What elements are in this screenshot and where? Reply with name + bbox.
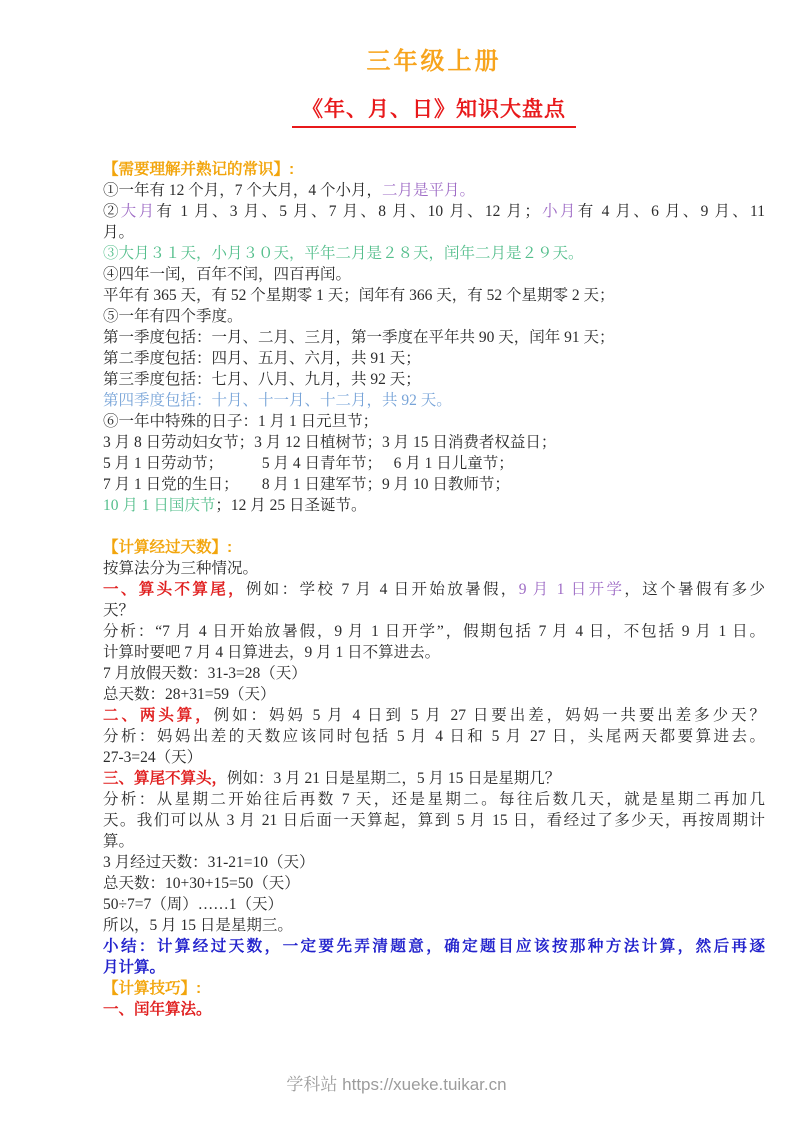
text-line: 第一季度包括：一月、二月、三月，第一季度在平年共 90 天，闰年 91 天； xyxy=(103,327,765,348)
text-segment-gold: 【计算技巧】: xyxy=(103,980,201,997)
text-line: 算。 xyxy=(103,831,765,852)
text-segment: 3 月经过天数：31-21=10（天） xyxy=(103,854,315,871)
text-line: 一、算头不算尾，例如：学校 7 月 4 日开始放暑假，9 月 1 日开学，这个暑… xyxy=(103,579,765,600)
text-line: 分析：从星期二开始往后再数 7 天，还是星期二。每往后数几天，就是星期二再加几 xyxy=(103,789,765,810)
text-line: ③大月３１天，小月３０天，平年二月是２８天，闰年二月是２９天。 xyxy=(103,243,765,264)
text-segment: 天。我们可以从 3 月 21 日后面一天算起，算到 5 月 15 日，看经过了多… xyxy=(103,812,765,829)
text-line: ①一年有 12 个月，7 个大月，4 个小月，二月是平月。 xyxy=(103,180,765,201)
text-line: 按算法分为三种情况。 xyxy=(103,558,765,579)
text-segment: 分析：从星期二开始往后再数 7 天，还是星期二。每往后数几天，就是星期二再加几 xyxy=(103,791,765,808)
text-line: 二、两头算，例如：妈妈 5 月 4 日到 5 月 27 日要出差，妈妈一共要出差… xyxy=(103,705,765,726)
text-segment: 3 月 8 日劳动妇女节；3 月 12 日植树节；3 月 15 日消费者权益日； xyxy=(103,434,556,451)
text-segment-redbold: 三、算尾不算头， xyxy=(103,770,227,787)
text-segment-purple: 9 月 1 日开学 xyxy=(519,581,625,598)
text-line: 所以，5 月 15 日是星期三。 xyxy=(103,915,765,936)
text-segment: 例如：学校 7 月 4 日开始放暑假， xyxy=(246,581,519,598)
page-title: 三年级上册 xyxy=(103,41,765,76)
text-segment: 有 1 月、3 月、5 月、7 月、8 月、10 月、12 月； xyxy=(156,203,539,220)
text-segment: 7 月放假天数：31-3=28（天） xyxy=(103,665,307,682)
text-segment: 例如：妈妈 5 月 4 日到 5 月 27 日要出差，妈妈一共要出差多少天？ xyxy=(214,707,765,724)
text-segment: 27-3=24（天） xyxy=(103,749,202,766)
text-segment: 总天数：10+30+15=50（天） xyxy=(103,875,300,892)
text-segment: 月。 xyxy=(103,224,134,241)
text-line: 50÷7=7（周）……1（天） xyxy=(103,894,765,915)
text-line: 月计算。 xyxy=(103,957,765,978)
text-line: 3 月 8 日劳动妇女节；3 月 12 日植树节；3 月 15 日消费者权益日； xyxy=(103,432,765,453)
text-segment: 7 月 1 日党的生日； 8 月 1 日建军节；9 月 10 日教师节； xyxy=(103,476,510,493)
text-segment: 第二季度包括：四月、五月、六月，共 91 天； xyxy=(103,350,421,367)
blank-line xyxy=(103,516,765,537)
text-segment: 分析：“7 月 4 日开始放暑假，9 月 1 日开学”，假期包括 7 月 4 日… xyxy=(103,623,765,640)
text-line: 7 月放假天数：31-3=28（天） xyxy=(103,663,765,684)
subtitle-bold: 大 xyxy=(500,98,522,121)
text-segment-bluebold: 月计算。 xyxy=(103,959,165,976)
text-segment: ，这个暑假有多少 xyxy=(624,581,765,598)
text-segment-purple: 大月 xyxy=(121,203,157,220)
text-segment-green: 10 月 1 日国庆节 xyxy=(103,497,215,514)
text-segment: 第三季度包括：七月、八月、九月，共 92 天； xyxy=(103,371,421,388)
text-line: 3 月经过天数：31-21=10（天） xyxy=(103,852,765,873)
text-line: 平年有 365 天，有 52 个星期零 1 天；闰年有 366 天，有 52 个… xyxy=(103,285,765,306)
text-line: 【计算经过天数】: xyxy=(103,537,765,558)
text-line: 第四季度包括：十月、十一月、十二月，共 92 天。 xyxy=(103,390,765,411)
text-line: 【需要理解并熟记的常识】: xyxy=(103,159,765,180)
text-segment: 算。 xyxy=(103,833,134,850)
text-segment-bluebold: 小结：计算经过天数，一定要先弄清题意，确定题目应该按那种方法计算，然后再逐 xyxy=(103,938,765,955)
text-line: 计算时要吧 7 月 4 日算进去，9 月 1 日不算进去。 xyxy=(103,642,765,663)
text-line: ⑥一年中特殊的日子：1 月 1 日元旦节； xyxy=(103,411,765,432)
text-segment: 天？ xyxy=(103,602,134,619)
text-segment: 平年有 365 天，有 52 个星期零 1 天；闰年有 366 天，有 52 个… xyxy=(103,287,615,304)
footer-watermark: 学科站 https://xueke.tuikar.cn xyxy=(0,1070,793,1095)
page-subtitle: 《年、月、日》知识大盘点 xyxy=(292,93,576,128)
text-line: 第二季度包括：四月、五月、六月，共 91 天； xyxy=(103,348,765,369)
text-line: 【计算技巧】: xyxy=(103,978,765,999)
text-segment-purple: 小月 xyxy=(540,203,578,220)
text-line: ②大月有 1 月、3 月、5 月、7 月、8 月、10 月、12 月；小月有 4… xyxy=(103,201,765,222)
text-segment: ④四年一闰，百年不闰，四百再闰。 xyxy=(103,266,351,283)
text-line: 分析：“7 月 4 日开始放暑假，9 月 1 日开学”，假期包括 7 月 4 日… xyxy=(103,621,765,642)
text-line: 总天数：28+31=59（天） xyxy=(103,684,765,705)
text-line: ④四年一闰，百年不闰，四百再闰。 xyxy=(103,264,765,285)
text-segment: 有 4 月、6 月、9 月、11 xyxy=(578,203,765,220)
text-segment: ⑤一年有四个季度。 xyxy=(103,308,243,325)
text-segment-blue: 第四季度包括：十月、十一月、十二月，共 92 天。 xyxy=(103,392,452,409)
text-segment: 5 月 1 日劳动节； 5 月 4 日青年节； 6 月 1 日儿童节； xyxy=(103,455,514,472)
document-body: 【需要理解并熟记的常识】:①一年有 12 个月，7 个大月，4 个小月，二月是平… xyxy=(103,159,765,1020)
text-segment: 第一季度包括：一月、二月、三月，第一季度在平年共 90 天，闰年 91 天； xyxy=(103,329,615,346)
text-segment: ；12 月 25 日圣诞节。 xyxy=(215,497,366,514)
subtitle-post: 盘点 xyxy=(522,97,566,121)
text-segment: ② xyxy=(103,203,121,220)
text-segment: ①一年有 12 个月，7 个大月，4 个小月， xyxy=(103,182,382,199)
text-line: 分析：妈妈出差的天数应该同时包括 5 月 4 日和 5 月 27 日，头尾两天都… xyxy=(103,726,765,747)
text-segment: 50÷7=7（周）……1（天） xyxy=(103,896,283,913)
text-segment: 总天数：28+31=59（天） xyxy=(103,686,275,703)
subtitle-pre: 《年、月、日》知识 xyxy=(302,97,500,121)
text-line: 月。 xyxy=(103,222,765,243)
text-segment-purple: 二月是平月。 xyxy=(382,182,475,199)
text-segment-redbold: 二、两头算， xyxy=(103,707,214,724)
text-line: 天？ xyxy=(103,600,765,621)
text-line: 7 月 1 日党的生日； 8 月 1 日建军节；9 月 10 日教师节； xyxy=(103,474,765,495)
text-line: 10 月 1 日国庆节；12 月 25 日圣诞节。 xyxy=(103,495,765,516)
text-segment-gold: 【计算经过天数】: xyxy=(103,539,232,556)
text-segment: 计算时要吧 7 月 4 日算进去，9 月 1 日不算进去。 xyxy=(103,644,440,661)
text-segment: 按算法分为三种情况。 xyxy=(103,560,258,577)
text-line: 小结：计算经过天数，一定要先弄清题意，确定题目应该按那种方法计算，然后再逐 xyxy=(103,936,765,957)
text-segment-redbold: 一、算头不算尾， xyxy=(103,581,246,598)
page-subtitle-row: 《年、月、日》知识大盘点 xyxy=(103,93,765,128)
text-line: ⑤一年有四个季度。 xyxy=(103,306,765,327)
text-line: 一、闰年算法。 xyxy=(103,999,765,1020)
text-line: 天。我们可以从 3 月 21 日后面一天算起，算到 5 月 15 日，看经过了多… xyxy=(103,810,765,831)
text-segment-redbold: 一、闰年算法。 xyxy=(103,1001,212,1018)
text-line: 5 月 1 日劳动节； 5 月 4 日青年节； 6 月 1 日儿童节； xyxy=(103,453,765,474)
text-segment: ⑥一年中特殊的日子：1 月 1 日元旦节； xyxy=(103,413,378,430)
text-segment: 分析：妈妈出差的天数应该同时包括 5 月 4 日和 5 月 27 日，头尾两天都… xyxy=(103,728,765,745)
text-line: 三、算尾不算头，例如：3 月 21 日是星期二，5 月 15 日是星期几？ xyxy=(103,768,765,789)
document-page: 三年级上册 《年、月、日》知识大盘点 【需要理解并熟记的常识】:①一年有 12 … xyxy=(103,0,765,1020)
text-segment: 例如：3 月 21 日是星期二，5 月 15 日是星期几？ xyxy=(227,770,560,787)
text-line: 总天数：10+30+15=50（天） xyxy=(103,873,765,894)
text-segment-gold: 【需要理解并熟记的常识】: xyxy=(103,161,294,178)
text-segment: 所以，5 月 15 日是星期三。 xyxy=(103,917,293,934)
text-line: 第三季度包括：七月、八月、九月，共 92 天； xyxy=(103,369,765,390)
text-segment-green: ③大月３１天，小月３０天，平年二月是２８天，闰年二月是２９天。 xyxy=(103,245,584,262)
text-line: 27-3=24（天） xyxy=(103,747,765,768)
